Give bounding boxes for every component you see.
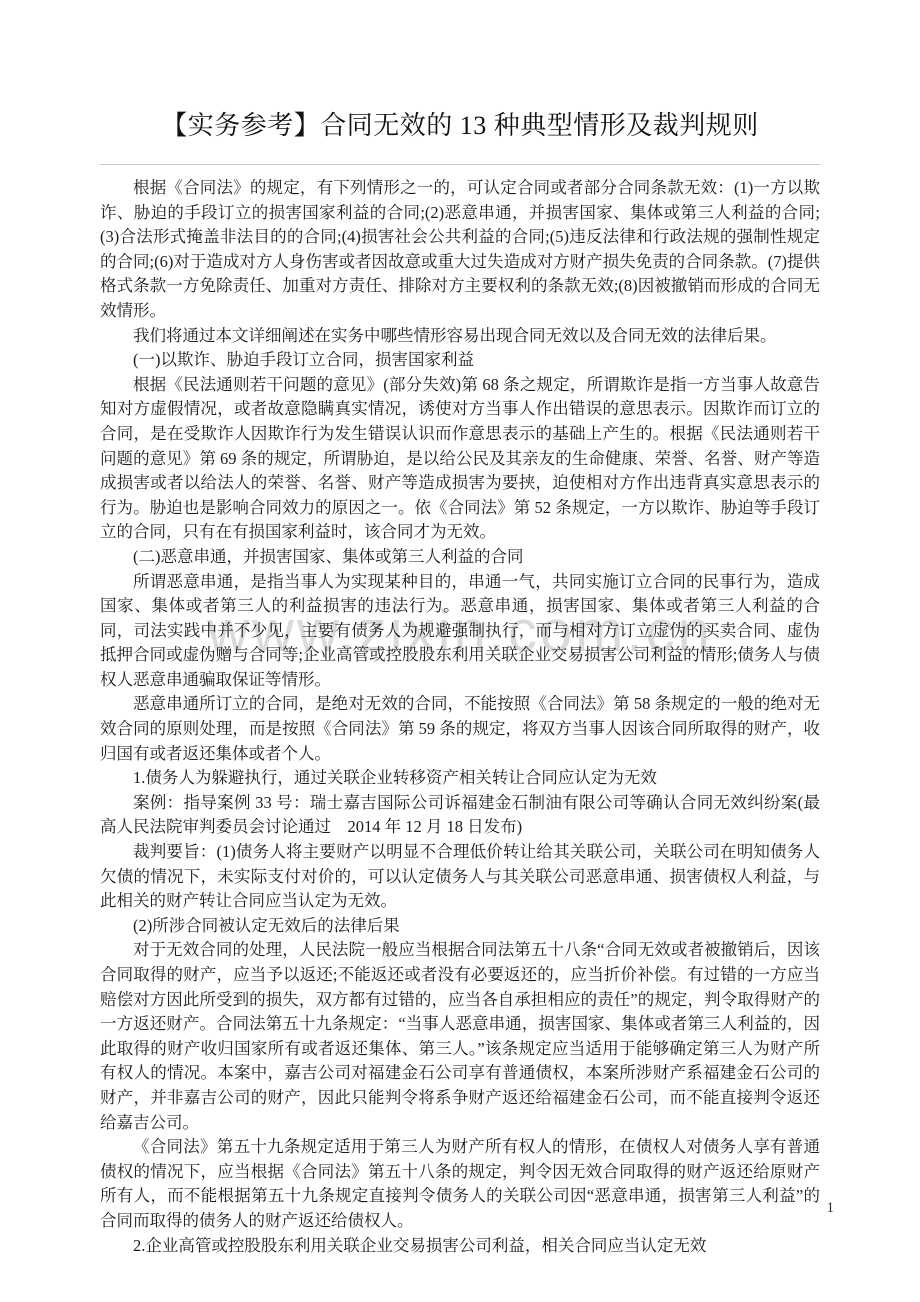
paragraph: 裁判要旨：(1)债务人将主要财产以明显不合理低价转让给其关联公司，关联公司在明知… xyxy=(100,840,820,914)
paragraph: 根据《合同法》的规定，有下列情形之一的，可认定合同或者部分合同条款无效：(1)一… xyxy=(100,176,820,324)
document-page: www.zixin.com.cn 【实务参考】合同无效的 13 种典型情形及裁判… xyxy=(0,0,920,1302)
page-title: 【实务参考】合同无效的 13 种典型情形及裁判规则 xyxy=(100,0,820,146)
paragraph: 2.企业高管或控股股东利用关联企业交易损害公司利益，相关合同应当认定无效 xyxy=(100,1234,820,1259)
title-divider xyxy=(100,164,820,165)
paragraph: 《合同法》第五十九条规定适用于第三人为财产所有权人的情形，在债权人对债务人享有普… xyxy=(100,1135,820,1233)
paragraph: 所谓恶意串通，是指当事人为实现某种目的，串通一气，共同实施订立合同的民事行为，造… xyxy=(100,570,820,693)
paragraph: 案例：指导案例 33 号：瑞士嘉吉国际公司诉福建金石制油有限公司等确认合同无效纠… xyxy=(100,791,820,840)
page-content: 【实务参考】合同无效的 13 种典型情形及裁判规则 根据《合同法》的规定，有下列… xyxy=(0,0,920,1258)
paragraph: (2)所涉合同被认定无效后的法律后果 xyxy=(100,914,820,939)
paragraph: 根据《民法通则若干问题的意见》(部分失效)第 68 条之规定，所谓欺诈是指一方当… xyxy=(100,373,820,545)
paragraph: 我们将通过本文详细阐述在实务中哪些情形容易出现合同无效以及合同无效的法律后果。 xyxy=(100,324,820,349)
document-body: 根据《合同法》的规定，有下列情形之一的，可认定合同或者部分合同条款无效：(1)一… xyxy=(100,176,820,1258)
paragraph: (二)恶意串通，并损害国家、集体或第三人利益的合同 xyxy=(100,545,820,570)
paragraph: (一)以欺诈、胁迫手段订立合同，损害国家利益 xyxy=(100,348,820,373)
paragraph: 恶意串通所订立的合同，是绝对无效的合同，不能按照《合同法》第 58 条规定的一般… xyxy=(100,692,820,766)
paragraph: 对于无效合同的处理，人民法院一般应当根据合同法第五十八条“合同无效或者被撤销后，… xyxy=(100,938,820,1135)
page-number: 1 xyxy=(827,1200,835,1217)
paragraph: 1.债务人为躲避执行，通过关联企业转移资产相关转让合同应认定为无效 xyxy=(100,766,820,791)
